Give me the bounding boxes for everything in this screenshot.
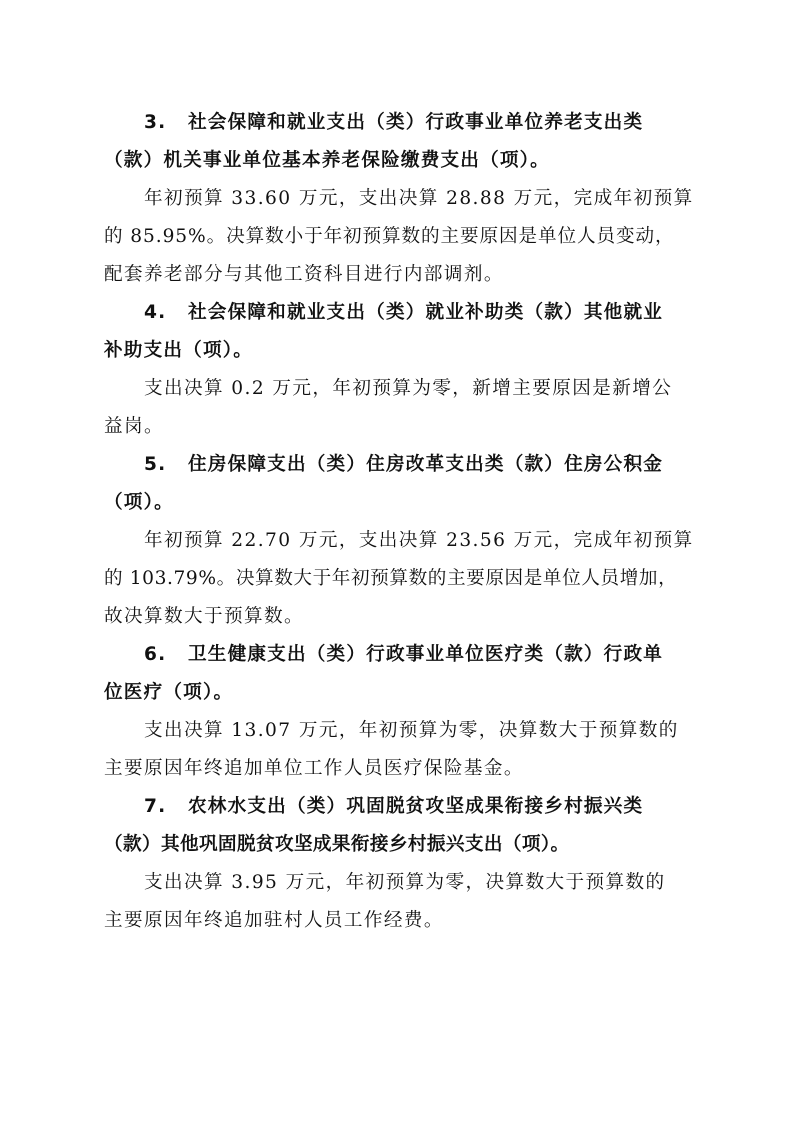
- section-6: 6.卫生健康支出（类）行政事业单位医疗类（款）行政单 位医疗（项）。 支出决算 …: [104, 636, 690, 788]
- section-number: 4.: [144, 294, 188, 332]
- body-line: 年初预算 22.70 万元，支出决算 23.56 万元，完成年初预算: [104, 522, 690, 560]
- section-heading-line2: 补助支出（项）。: [104, 332, 690, 370]
- body-line: 主要原因年终追加单位工作人员医疗保险基金。: [104, 750, 690, 788]
- body-line: 的 103.79%。决算数大于年初预算数的主要原因是单位人员增加，: [104, 560, 690, 598]
- section-heading-line2: （项）。: [104, 484, 690, 522]
- section-3: 3.社会保障和就业支出（类）行政事业单位养老支出类 （款）机关事业单位基本养老保…: [104, 104, 690, 294]
- section-heading-line2: （款）机关事业单位基本养老保险缴费支出（项）。: [104, 142, 690, 180]
- document-page: 3.社会保障和就业支出（类）行政事业单位养老支出类 （款）机关事业单位基本养老保…: [104, 104, 690, 940]
- body-line: 益岗。: [104, 408, 690, 446]
- section-number: 5.: [144, 446, 188, 484]
- section-4: 4.社会保障和就业支出（类）就业补助类（款）其他就业 补助支出（项）。 支出决算…: [104, 294, 690, 446]
- section-heading-line1: 7.农林水支出（类）巩固脱贫攻坚成果衔接乡村振兴类: [104, 788, 690, 826]
- section-heading-line1: 4.社会保障和就业支出（类）就业补助类（款）其他就业: [104, 294, 690, 332]
- section-number: 3.: [144, 104, 188, 142]
- section-heading-line1: 3.社会保障和就业支出（类）行政事业单位养老支出类: [104, 104, 690, 142]
- body-line: 的 85.95%。决算数小于年初预算数的主要原因是单位人员变动，: [104, 218, 690, 256]
- section-heading-line2: 位医疗（项）。: [104, 674, 690, 712]
- body-line: 主要原因年终追加驻村人员工作经费。: [104, 902, 690, 940]
- body-line: 支出决算 3.95 万元，年初预算为零，决算数大于预算数的: [104, 864, 690, 902]
- section-heading-line2: （款）其他巩固脱贫攻坚成果衔接乡村振兴支出（项）。: [104, 826, 690, 864]
- section-heading-line1: 6.卫生健康支出（类）行政事业单位医疗类（款）行政单: [104, 636, 690, 674]
- section-heading-line1: 5.住房保障支出（类）住房改革支出类（款）住房公积金: [104, 446, 690, 484]
- section-number: 7.: [144, 788, 188, 826]
- section-5: 5.住房保障支出（类）住房改革支出类（款）住房公积金 （项）。 年初预算 22.…: [104, 446, 690, 636]
- section-7: 7.农林水支出（类）巩固脱贫攻坚成果衔接乡村振兴类 （款）其他巩固脱贫攻坚成果衔…: [104, 788, 690, 940]
- body-line: 配套养老部分与其他工资科目进行内部调剂。: [104, 256, 690, 294]
- body-line: 年初预算 33.60 万元，支出决算 28.88 万元，完成年初预算: [104, 180, 690, 218]
- section-number: 6.: [144, 636, 188, 674]
- body-line: 支出决算 13.07 万元，年初预算为零，决算数大于预算数的: [104, 712, 690, 750]
- body-line: 故决算数大于预算数。: [104, 598, 690, 636]
- body-line: 支出决算 0.2 万元，年初预算为零，新增主要原因是新增公: [104, 370, 690, 408]
